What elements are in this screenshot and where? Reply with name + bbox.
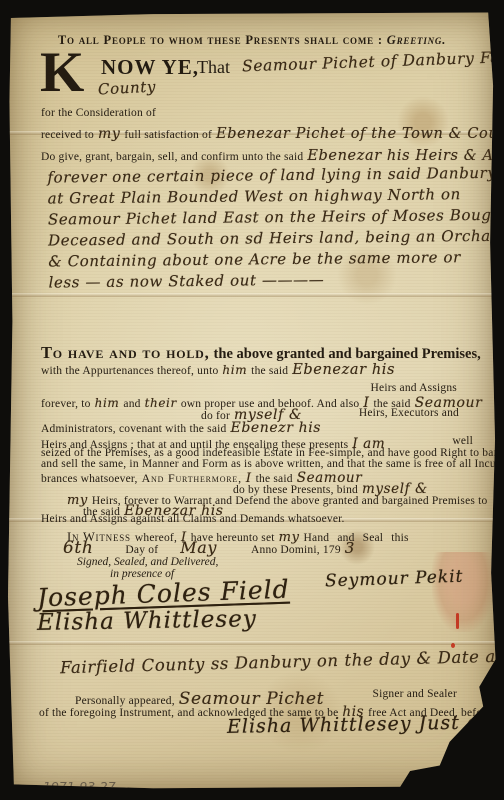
handwritten-text: Ebenezar Pichet of the Town & County afo… [216,126,499,142]
salutation-text: To all People to whom these Presents sha… [58,33,383,47]
handwritten-text: Ebenezar his [292,362,395,378]
signer-sealer-right: Signer and Sealer [372,688,457,700]
habendum-heading-line: To have and to hold, the above granted a… [41,343,481,363]
printed-text: well [452,435,473,447]
consideration-line-2: received to my full satisfaction of Eben… [41,125,499,143]
salutation-greeting: Greeting. [387,33,446,47]
grantor-name-handwritten: Seamour Pichet of Danbury Fairfield [242,47,499,76]
handwritten-text: him [95,396,120,410]
wax-seal-stain [432,552,494,632]
printed-text: Anno Domini, 179 [251,544,341,556]
dropcap-k: K [40,49,84,97]
printed-text: full satisfaction of [124,129,212,141]
printed-text: Day of [125,544,158,556]
that-label: That [197,57,230,78]
printed-text: Do give, grant, bargain, sell, and confi… [41,151,303,163]
justice-signature: Elisha Whittlesey Just of Peace [227,710,499,738]
printed-text: Administrators, covenant with the said [41,423,227,435]
printed-text: received to [41,129,94,141]
handwritten-text: Ebenezr his [231,420,322,436]
printed-text: and [123,398,140,410]
witness-line-2: 6th Day of May Anno Domini, 179 3 [63,538,355,558]
handwritten-day: 6th [63,538,93,558]
handwritten-text: my [98,126,120,142]
handwritten-text: him [222,363,247,377]
paper-sheet: To all People to whom these Presents sha… [5,7,499,793]
handwritten-text: their [145,396,177,410]
witness-signature-2: Elisha Whittlesey [37,606,257,636]
catalog-number: 1971-93-27 [43,779,116,793]
habendum-line-2: with the Appurtenances thereof, unto him… [41,361,395,379]
grantor-county-handwritten: County [98,77,157,98]
handwritten-month: May [180,538,217,557]
consideration-heading: for the Consideration of [41,107,156,119]
heirs-executors-right: Heirs, Executors and [359,407,459,419]
printed-text: the said [251,365,288,377]
know-ye-heading: NOW YE, [101,55,199,80]
grantor-signature: Seymour Pekit [325,567,464,592]
consideration-line-3: Do give, grant, bargain, sell, and confi… [41,147,499,165]
land-description-block: forever one certain piece of land lying … [47,162,499,293]
habendum-heading: To have and to hold, [41,343,210,362]
fold-crease [5,293,499,297]
handwritten-year-digit: 3 [345,539,355,557]
signed-sealed-label: Signed, Sealed, and Delivered, [77,556,218,568]
scanned-deed-page: To all People to whom these Presents sha… [0,0,504,800]
heirs-assigns-right: Heirs and Assigns [371,382,457,394]
covenant-line-8: Heirs and Assigns against all Claims and… [41,513,345,525]
fold-crease [5,641,499,645]
printed-text: with the Appurtenances thereof, unto [41,365,218,377]
printed-text: forever, to [41,398,91,410]
land-description-line: less — as now Staked out ———— [48,267,499,293]
wax-drip [456,613,459,629]
venue-handwritten: Fairfield County ss Danbury on the day &… [60,646,499,678]
habendum-heading-rest: the above granted and bargained Premises… [214,346,481,362]
and-furthermore: And Furthermore, [142,471,242,485]
handwritten-text: Ebenezar his Heirs & Assigns [307,148,499,164]
printed-text: brances whatsoever, [41,473,138,485]
